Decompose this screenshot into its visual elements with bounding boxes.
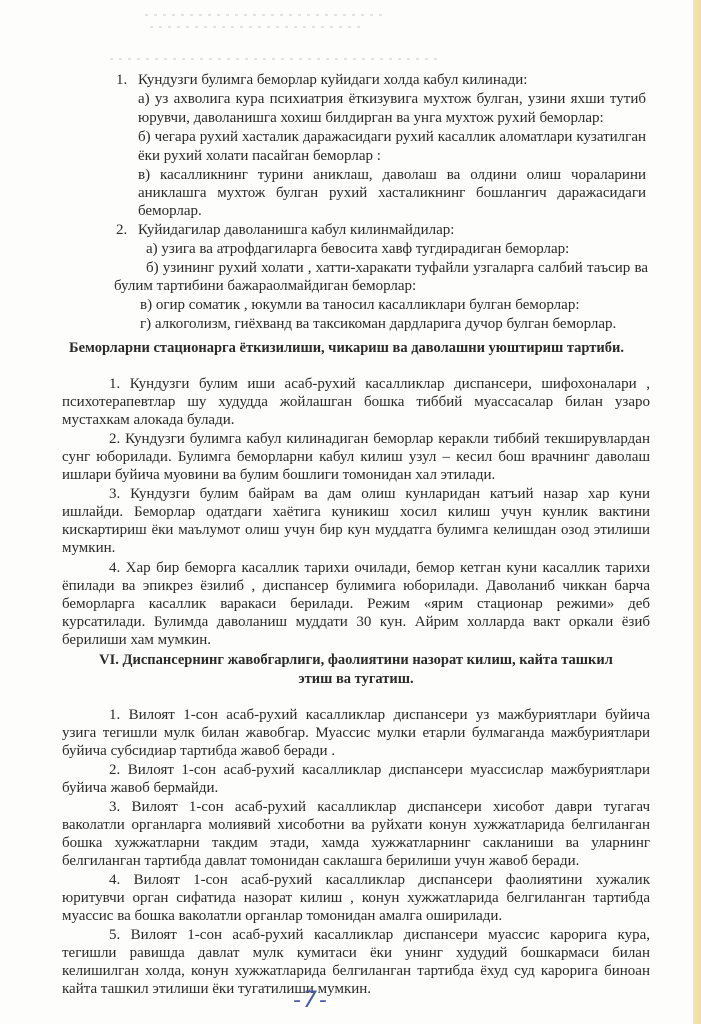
paragraph-line: 2. Вилоят 1-сон асаб-рухий касалликлар д… <box>109 762 650 779</box>
paragraph-line: 3. Вилоят 1-сон асаб-рухий касалликлар д… <box>109 799 650 816</box>
paragraph-line: ишлайди. Беморлар одатдаги хаётига куник… <box>62 504 650 521</box>
paragraph-line: келишилган холда, конун хужжатларида бел… <box>62 963 650 980</box>
list-number: 1. <box>116 72 127 89</box>
paragraph-line: сунг юборилади. Булимга беморларни кабул… <box>62 449 650 466</box>
section-heading: VI. Диспансернинг жавобгарлиги, фаолияти… <box>62 652 650 669</box>
paragraph-line: берилиши хам мумкин. <box>62 632 211 649</box>
list-subitem: б) узининг рухий холати , хатти-харакати… <box>146 260 648 277</box>
paragraph-line: 2. Кундузги булимга кабул килинадиган бе… <box>109 431 650 448</box>
paragraph-line: психотерапевтлар шу худудда жойлашган бо… <box>62 394 650 411</box>
paragraph-line: 1. Кундузги булим иши асаб-рухий касалли… <box>109 376 650 393</box>
list-subitem: а) уз ахволига кура психиатрия ёткизувиг… <box>138 91 646 108</box>
list-subitem: беморлар. <box>138 203 202 220</box>
faded-text-line <box>110 58 440 60</box>
paper-edge <box>693 0 701 1024</box>
paragraph-line: 4. Хар бир беморга касаллик тарихи очила… <box>109 560 650 577</box>
faded-text-line <box>150 26 365 28</box>
list-subitem: в) огир соматик , юкумли ва таносил каса… <box>140 297 579 314</box>
section-heading: Беморларни стационарга ёткизилиши, чикар… <box>69 340 624 357</box>
list-subitem: б) чегара рухий хасталик даражасидаги ру… <box>138 129 646 146</box>
list-subitem: юрувчи, даволанишга хохиш билдирган ва у… <box>138 110 604 127</box>
paragraph-line: муассис ва бошка ваколатли органлар томо… <box>62 908 502 925</box>
paragraph-line: ваколатли органларга молиявий хисоботни … <box>62 817 650 834</box>
paragraph-line: 3. Кундузги булим байрам ва дам олиш кун… <box>109 486 650 503</box>
handwritten-page-number: -7- <box>293 988 329 1013</box>
list-item-title: Куйидагилар даволанишга кабул килинмайди… <box>138 222 454 239</box>
list-subitem: а) узига ва атрофдагиларга бевосита хавф… <box>146 241 569 258</box>
paragraph-line: ишлари буйича муовини ва булим бошлиги т… <box>62 467 495 484</box>
list-number: 2. <box>116 222 127 239</box>
paragraph-line: юритувчи орган сифатида назорат килиш , … <box>62 890 650 907</box>
paragraph-line: тегишли равишда давлат мулк кумитаси ёки… <box>62 945 650 962</box>
document-page: 1. Кундузги булимга беморлар куйидаги хо… <box>0 0 693 1024</box>
paragraph-line: узига тегишли мулк билан жавобгар. Муасс… <box>62 725 650 742</box>
paragraph-line: буйича жавоб бермайди. <box>62 780 218 797</box>
list-subitem: булим тартибини бажараолмайдиган беморла… <box>114 278 416 295</box>
paragraph-line: 5. Вилоят 1-сон асаб-рухий касалликлар д… <box>109 927 650 944</box>
list-item-title: Кундузги булимга беморлар куйидаги холда… <box>138 72 527 89</box>
paragraph-line: кискартириш ёки маълумот олиш учун бир к… <box>62 522 650 539</box>
section-heading: этиш ва тугатиш. <box>62 671 650 688</box>
list-subitem: в) касалликнинг турини аниклаш, даволаш … <box>138 167 646 184</box>
faded-text-line <box>145 14 385 16</box>
list-subitem: ёки рухий холати пасайган беморлар : <box>138 148 381 165</box>
paragraph-line: белгиланган тартибда давлат томонидан са… <box>62 853 579 870</box>
paragraph-line: 1. Вилоят 1-сон асаб-рухий касалликлар д… <box>109 707 650 724</box>
paragraph-line: ёпилади ва эпикрез ёзилиб , диспансер бу… <box>62 578 650 595</box>
paragraph-line: мустахкам алокада булади. <box>62 412 235 429</box>
paragraph-line: мумкин. <box>62 540 115 557</box>
paragraph-line: беморларга касаллик варакаси берилади. Р… <box>62 596 650 613</box>
paragraph-line: бошка хужжатларни такдим этади, хамда ху… <box>62 835 650 852</box>
list-subitem: аниклашга мухтож булган рухий хасталикни… <box>138 185 646 202</box>
list-subitem: г) алкоголизм, гиёхванд ва таксикоман да… <box>140 316 616 333</box>
paragraph-line: 4. Вилоят 1-сон асаб-рухий касалликлар д… <box>109 872 650 889</box>
paragraph-line: буйича субсидиар тартибда жавоб беради . <box>62 743 335 760</box>
paragraph-line: курсатилади. Булимда даволаниш муддати 3… <box>62 614 650 631</box>
